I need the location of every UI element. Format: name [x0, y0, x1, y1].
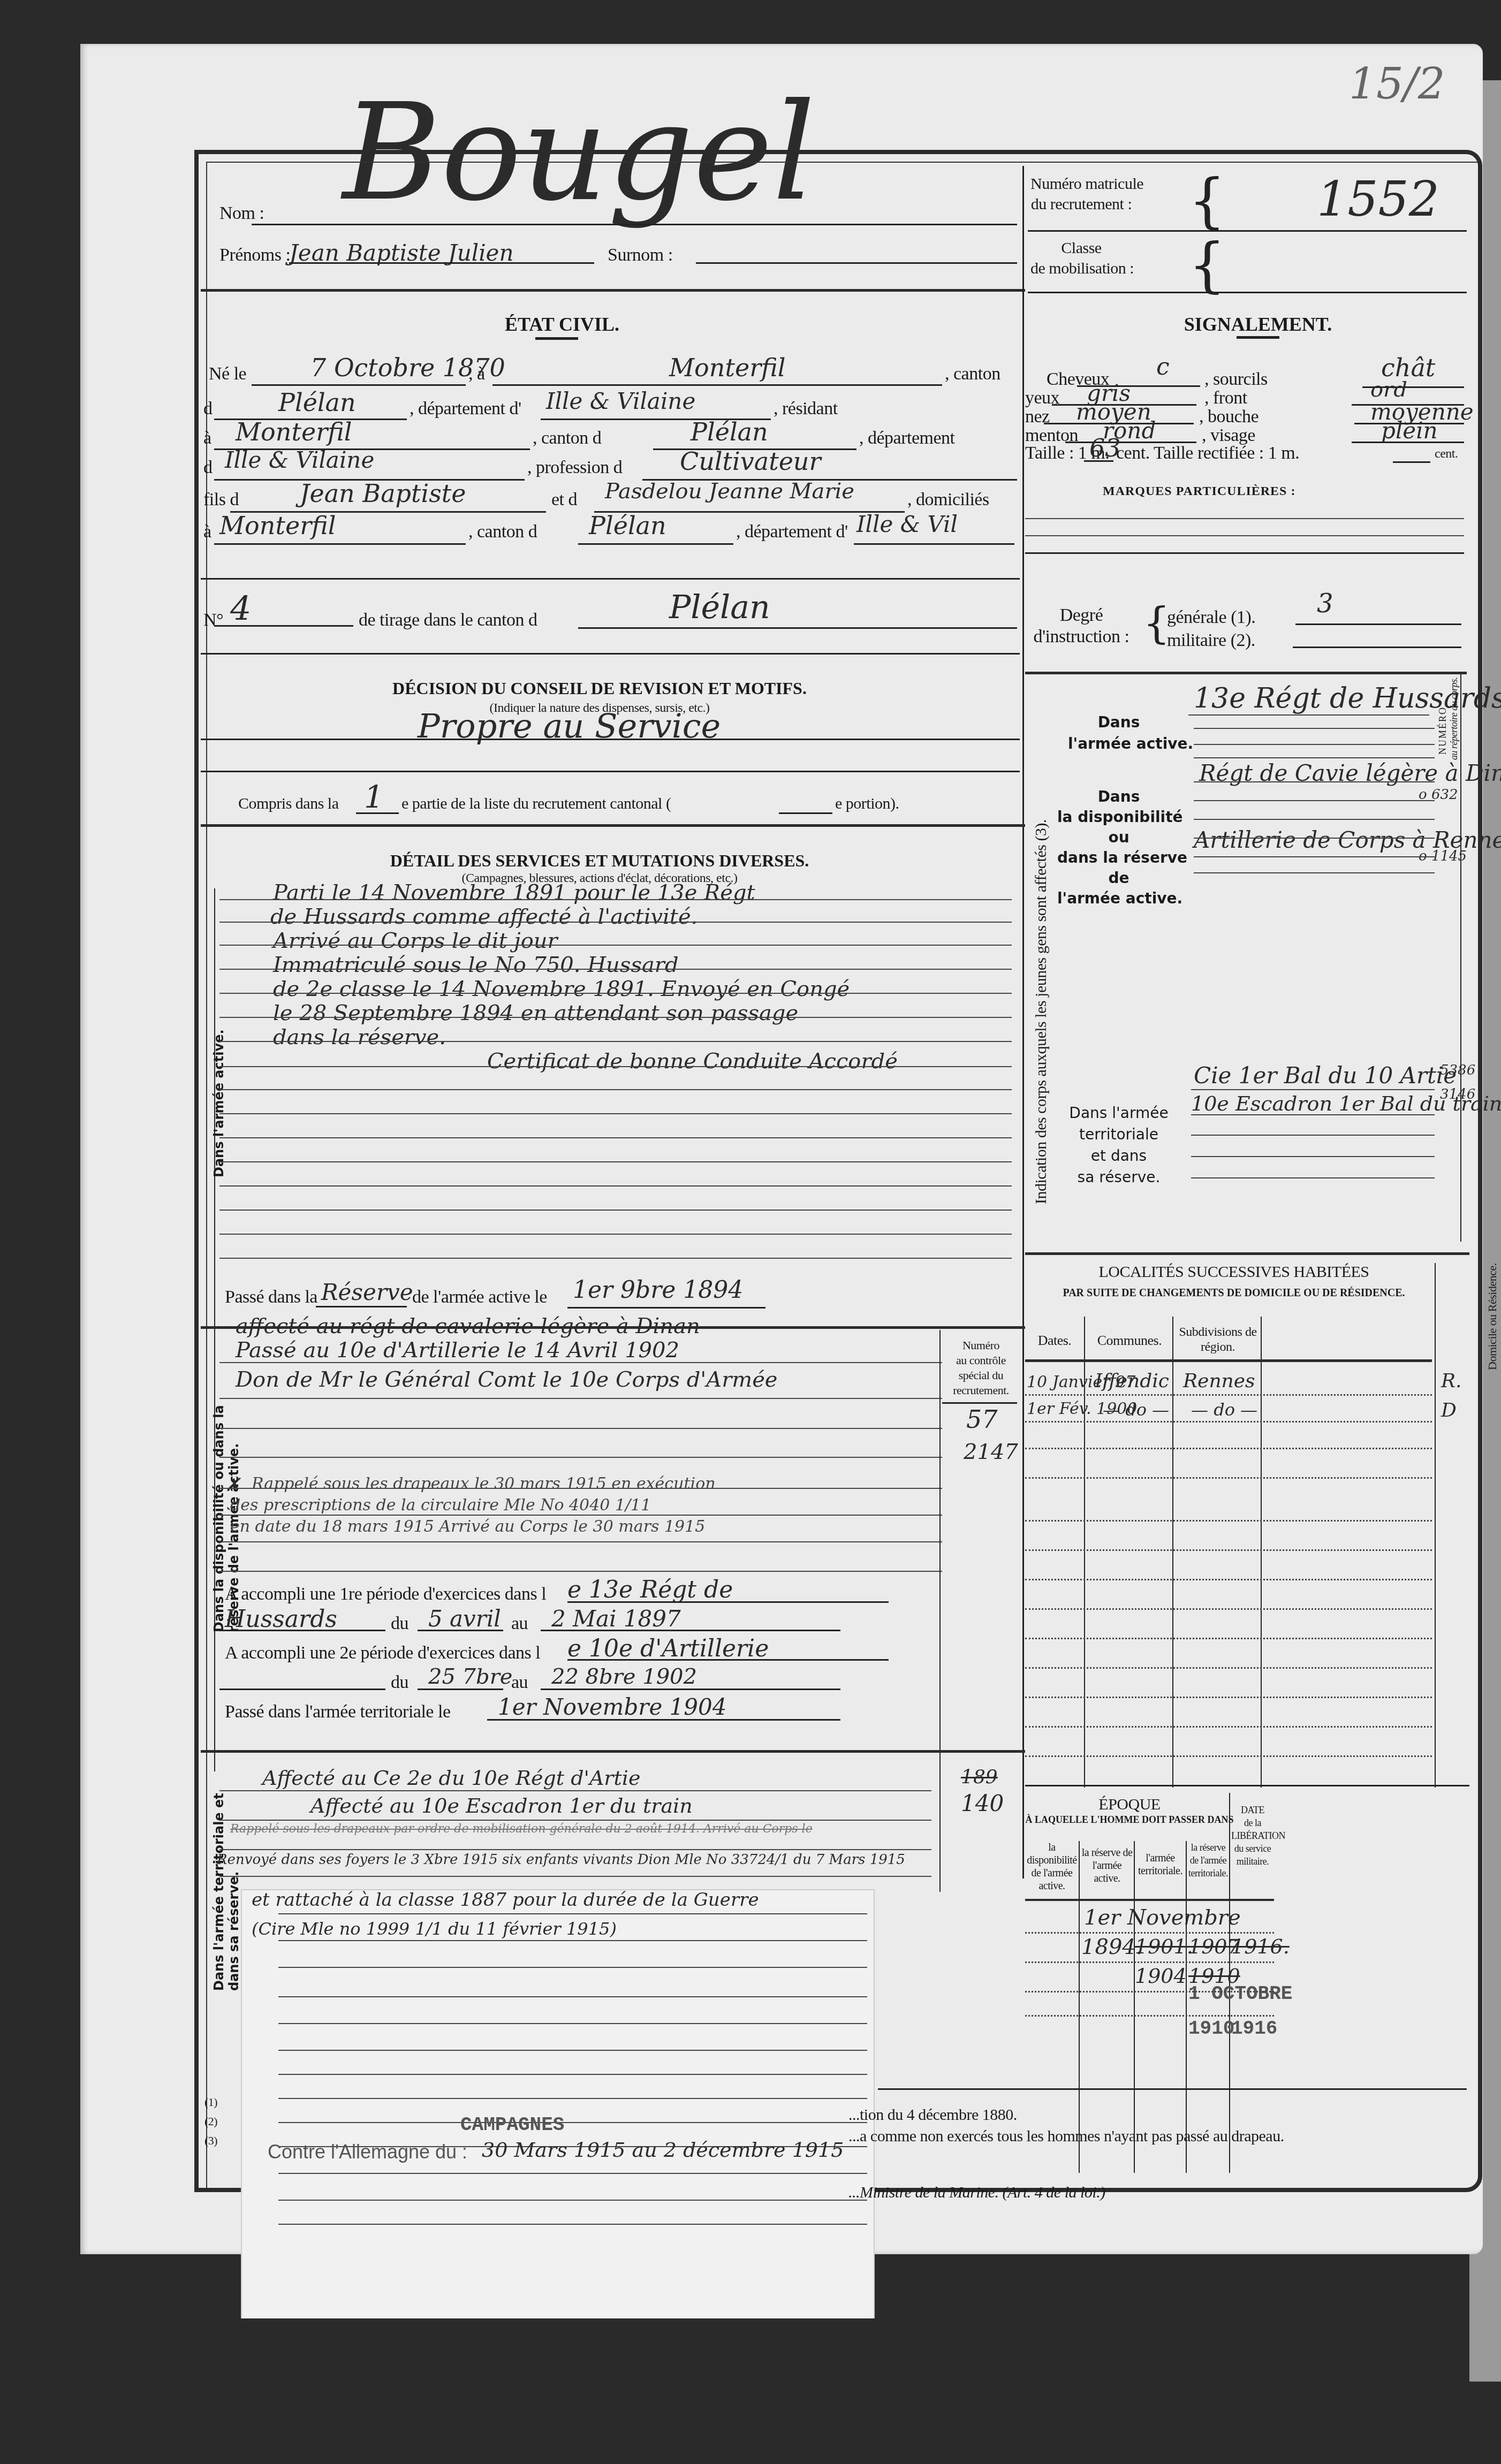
label-line: ou	[1057, 827, 1180, 848]
service-line: de 2e classe le 14 Novembre 1891. Envoyé…	[273, 977, 850, 1001]
field-line	[1194, 838, 1435, 839]
divider	[201, 578, 1020, 580]
corps-active-label: Dans l'armée active.	[1068, 712, 1170, 755]
tirage-canton: Plélan	[669, 589, 770, 626]
ruled-line	[219, 993, 1012, 994]
au-label: au	[511, 1672, 528, 1693]
header-rule	[1025, 1359, 1432, 1362]
ruled-line	[219, 1457, 942, 1458]
ruled-line	[219, 969, 1012, 970]
service-line: Certificat de bonne Conduite Accordé	[487, 1049, 898, 1074]
cent-label: cent.	[1435, 447, 1458, 461]
fils-label: fils d	[203, 490, 239, 510]
service-line: le 28 Septembre 1894 en attendant son pa…	[273, 1001, 798, 1025]
field-line	[541, 1630, 840, 1631]
corps-territoriale-number: 5386	[1440, 1062, 1475, 1078]
column-header-dates: Dates.	[1025, 1333, 1084, 1349]
field-line	[487, 1719, 840, 1721]
epoque-col-reserve-active: la réserve de l'armée active.	[1080, 1846, 1134, 1885]
et-label: et d	[551, 490, 577, 510]
ruled-line	[219, 1362, 942, 1363]
column-divider	[1172, 1317, 1173, 1788]
localite-subdivision: Rennes	[1183, 1370, 1255, 1392]
slip-line: (Cire Mle no 1999 1/1 du 11 février 1915…	[252, 1919, 617, 1939]
footnote-line: ...tion du 4 décembre 1880.	[848, 2106, 1017, 2124]
periode1-corps2: Hussards	[225, 1606, 337, 1633]
passe-reserve-label: Passé dans la	[225, 1287, 317, 1307]
periode2-au: 22 8bre 1902	[551, 1664, 697, 1689]
prenoms-label: Prénoms :	[219, 245, 290, 265]
field-line	[219, 1630, 385, 1631]
field-line	[578, 543, 733, 545]
services-territoriale-vertical-label: Dans l'armée territoriale et dans sa rés…	[211, 1766, 241, 1991]
epoque-col-reserve-territoriale: la réserve de l'armée territoriale.	[1187, 1841, 1229, 1880]
localites-subtitle: PAR SUITE DE CHANGEMENTS DE DOMICILE OU …	[1025, 1287, 1443, 1299]
label-line: l'armée active.	[1068, 733, 1170, 755]
date-stamp: 1910	[1188, 2018, 1234, 2040]
ruled-line	[278, 1996, 867, 1997]
localite-commune: Iffendic	[1095, 1370, 1169, 1392]
ruled-line	[278, 2074, 867, 2075]
taille-rectifiee-label: cent. Taille rectifiée : 1 m.	[1116, 443, 1299, 463]
row-line	[1025, 1961, 1274, 1963]
territoriale-number-struck: 189	[961, 1766, 998, 1788]
numero-controle-label: Numéro au contrôle spécial du recrutemen…	[942, 1338, 1020, 1398]
ruled-line	[219, 1428, 942, 1429]
column-divider	[1022, 166, 1024, 1879]
ruled-line	[219, 1820, 931, 1821]
services-title: DÉTAIL DES SERVICES ET MUTATIONS DIVERSE…	[252, 851, 947, 871]
row-line	[1025, 1448, 1432, 1449]
corps-dispo-label: Dans la disponibilité ou dans la réserve…	[1057, 787, 1180, 909]
footnote-marker: (2)	[204, 2112, 217, 2131]
decision-title: DÉCISION DU CONSEIL DE REVISION ET MOTIF…	[252, 679, 947, 698]
territoriale-line: Affecté au Ce 2e du 10e Régt d'Artie	[262, 1766, 640, 1790]
field-line	[567, 1307, 765, 1309]
bouche-label: , bouche	[1199, 407, 1259, 427]
label-line: du service	[1231, 1842, 1274, 1855]
field-line	[1191, 1156, 1435, 1157]
label-line: de	[1057, 868, 1180, 888]
footnote-marker: (3)	[204, 2131, 217, 2150]
departement-label: , département d'	[736, 522, 848, 542]
field-line	[1191, 1135, 1435, 1136]
row-line	[1025, 1421, 1432, 1423]
parents-canton: Plélan	[589, 511, 666, 540]
rappel-line: des prescriptions de la circulaire Mle N…	[230, 1496, 651, 1515]
campagnes-stamp: CAMPAGNES	[460, 2114, 564, 2136]
title-rule	[1237, 336, 1279, 339]
birth-departement: Ille & Vilaine	[546, 388, 695, 414]
numero-repertoire-label: NUMÉRO	[1437, 706, 1449, 755]
ne-le-label: Né le	[209, 364, 246, 384]
field-line	[219, 1689, 385, 1690]
ruled-line	[219, 1041, 1012, 1042]
label-line: LIBÉRATION	[1231, 1829, 1274, 1842]
periode1-au: 2 Mai 1897	[551, 1606, 681, 1632]
date-stamp: 1916	[1231, 2018, 1277, 2040]
signalement-title: SIGNALEMENT.	[1151, 313, 1365, 336]
profession-value: Cultivateur	[680, 447, 821, 476]
column-divider	[1261, 1317, 1262, 1788]
field-line	[578, 627, 1017, 629]
row-line	[1025, 1726, 1432, 1728]
divider	[1028, 292, 1467, 293]
matricule-number: 1552	[1317, 171, 1439, 227]
profession-label: , profession d	[527, 458, 622, 478]
matricule-label: Numéro matricule du recrutement :	[1030, 174, 1132, 215]
ruled-line	[219, 945, 1012, 946]
field-line	[1194, 744, 1435, 745]
label-line: sa réserve.	[1057, 1167, 1180, 1188]
row-line	[1025, 1667, 1432, 1669]
label-line: recrutement.	[942, 1383, 1020, 1398]
tirage-number: 4	[230, 589, 251, 628]
classe-label-line2: de mobilisation :	[1030, 258, 1132, 279]
title-rule	[535, 337, 578, 340]
label-line: au contrôle	[942, 1353, 1020, 1368]
rappel-line: en date du 18 mars 1915 Arrivé au Corps …	[230, 1517, 705, 1536]
label-line: Dans	[1057, 787, 1180, 807]
ruled-line	[278, 2173, 867, 2174]
instruction-label-line2: d'instruction :	[1028, 626, 1135, 648]
column-divider	[1079, 1841, 1080, 2173]
localite-commune: — do —	[1103, 1400, 1169, 1420]
classe-label: Classe de mobilisation :	[1030, 238, 1132, 279]
label-line: DATE	[1231, 1804, 1274, 1816]
canton-label: , canton d	[468, 522, 537, 542]
footnote-marker: (1)	[204, 2093, 217, 2112]
periode2-du: 25 7bre	[428, 1664, 512, 1689]
periode1-du: 5 avril	[428, 1606, 501, 1632]
territoriale-line: Affecté au 10e Escadron 1er du train	[310, 1794, 693, 1817]
ruled-line	[219, 1488, 942, 1489]
epoque-territoriale-struck: 1901.	[1135, 1935, 1193, 1958]
slip-line: et rattaché à la classe 1887 pour la dur…	[252, 1889, 759, 1911]
column-divider	[1186, 1841, 1187, 2173]
ruled-line	[219, 1790, 931, 1791]
prenoms-line	[289, 262, 594, 264]
d-label: d	[203, 399, 213, 419]
service-line: de Hussards comme affecté à l'activité.	[270, 904, 698, 929]
territoriale-line: Renvoyé dans ses foyers le 3 Xbre 1915 s…	[217, 1852, 905, 1868]
label-line: Domicile ou	[1485, 1314, 1499, 1370]
row-line	[1025, 1394, 1432, 1396]
brace: {	[1188, 235, 1226, 294]
passe-reserve-value: Réserve	[321, 1279, 413, 1305]
domicile-side-label: Domicile ou Résidence.	[1485, 1263, 1499, 1370]
row-line	[1025, 1608, 1432, 1610]
departement-label: , département	[859, 428, 955, 448]
father-name: Jean Baptiste	[300, 479, 466, 508]
ruled-line	[219, 1161, 1012, 1162]
domicilies-label: , domiciliés	[907, 490, 989, 510]
ruled-line	[219, 1185, 1012, 1187]
visage-value: plein	[1381, 417, 1438, 444]
epoque-subtitle: À LAQUELLE L'HOMME DOIT PASSER DANS	[1025, 1814, 1234, 1826]
label-line: territoriale	[1057, 1124, 1180, 1145]
field-line	[1194, 819, 1435, 820]
ruled-line	[278, 1967, 867, 1968]
residant-label: , résidant	[774, 399, 838, 419]
instruction-generale-label: générale (1).	[1167, 607, 1255, 628]
localites-title: LOCALITÉS SUCCESSIVES HABITÉES	[1025, 1263, 1443, 1281]
territoriale-date: 1er Novembre 1904	[498, 1694, 727, 1720]
field-line	[214, 625, 353, 627]
periode1-label: A accompli une 1re période d'exercices d…	[225, 1584, 546, 1604]
header-rule	[1025, 1899, 1274, 1901]
label-line: la disponibilité	[1057, 807, 1180, 827]
field-line	[1188, 714, 1429, 716]
surnom-line	[696, 262, 1017, 264]
field-line	[1194, 757, 1435, 758]
canton-label: , canton d	[533, 428, 601, 448]
field-line	[541, 1689, 840, 1690]
corner-page-annotation: 15/2	[1349, 59, 1445, 109]
portion-label: e portion).	[835, 795, 899, 813]
tirage-label: de tirage dans le canton d	[359, 610, 537, 630]
column-header-subdivisions: Subdivisions de région.	[1175, 1325, 1261, 1355]
field-line	[1025, 535, 1464, 536]
localite-subdivision: — do —	[1191, 1400, 1257, 1420]
label-line: Résidence.	[1485, 1263, 1499, 1312]
compris-label: Compris dans la	[238, 795, 339, 813]
field-line	[316, 1306, 407, 1307]
ruled-line	[278, 2122, 867, 2123]
au-label: au	[511, 1614, 528, 1634]
row-line	[1025, 1520, 1432, 1522]
epoque-col-territoriale: l'armée territoriale.	[1135, 1852, 1186, 1877]
field-line	[1191, 1177, 1435, 1178]
periode2-corps: e 10e d'Artillerie	[567, 1635, 769, 1662]
row-line	[1025, 1579, 1432, 1580]
label-line: de la	[1231, 1816, 1274, 1829]
matricule-label-line1: Numéro matricule	[1030, 174, 1132, 194]
field-line	[1194, 781, 1435, 782]
nom-line	[252, 224, 1017, 225]
localite-type: R.	[1441, 1370, 1462, 1392]
campagnes-value: 30 Mars 1915 au 2 décembre 1915	[482, 2138, 844, 2162]
numero-controle-value: 2147	[964, 1440, 1018, 1464]
numero-repertoire-label: au répertoire du corps.	[1449, 677, 1460, 760]
compris-partie: 1	[364, 779, 384, 815]
ruled-line	[278, 1913, 867, 1914]
divider	[201, 653, 1020, 655]
footnote-line: ...a comme non exercés tous les hommes n…	[848, 2127, 1284, 2146]
territoriale-number: 140	[961, 1790, 1004, 1816]
ruled-line	[278, 2200, 867, 2201]
ruled-line	[219, 1089, 1012, 1090]
corps-vertical-label: Indication des corps auxquels les jeunes…	[1032, 819, 1050, 1204]
instruction-militaire-label: militaire (2).	[1167, 630, 1255, 651]
divider	[201, 289, 1025, 292]
epoque-month: 1er Novembre	[1084, 1905, 1241, 1930]
epoque-title: ÉPOQUE	[1025, 1796, 1234, 1814]
divider	[1025, 672, 1467, 674]
ruled-line	[219, 1137, 1012, 1138]
service-line: Parti le 14 Novembre 1891 pour le 13e Ré…	[273, 880, 755, 905]
tirage-no-label: N°	[203, 610, 223, 630]
ruled-line	[278, 2023, 867, 2024]
row-line	[1025, 1697, 1432, 1698]
label-line: spécial du	[942, 1368, 1020, 1383]
field-line	[252, 384, 466, 386]
epoque-reserve-active: 1894.	[1081, 1935, 1143, 1959]
column-divider	[939, 1330, 941, 1758]
field-line	[1194, 872, 1435, 873]
ruled-line	[219, 922, 1012, 923]
divider	[201, 771, 1020, 772]
numero-column-divider	[1460, 674, 1461, 1242]
epoque-territoriale: 1904	[1135, 1964, 1187, 1988]
label-line: Numéro	[942, 1338, 1020, 1353]
field-line	[418, 1630, 503, 1631]
residence-place: Monterfil	[236, 417, 352, 446]
field-line	[356, 812, 399, 814]
service-line: Passé au 10e d'Artillerie le 14 Avril 19…	[236, 1338, 679, 1363]
epoque-col-disponibilite: la disponibilité de l'armée active.	[1025, 1841, 1079, 1892]
column-divider	[1134, 1841, 1135, 2173]
ruled-line	[219, 1210, 1012, 1211]
field-line	[1084, 460, 1113, 462]
field-line	[1295, 623, 1461, 625]
divider	[201, 824, 1025, 827]
du-label: du	[391, 1672, 408, 1693]
service-line: Don de Mr le Général Comt le 10e Corps d…	[236, 1367, 778, 1392]
field-line	[1194, 856, 1435, 857]
departement-label: , département d'	[410, 399, 521, 419]
pasted-slip	[241, 1889, 875, 2318]
divider	[1025, 552, 1464, 554]
birth-place: Monterfil	[669, 353, 786, 382]
divider	[201, 1750, 1025, 1753]
field-line	[1025, 518, 1464, 519]
column-header-communes: Communes.	[1087, 1333, 1172, 1349]
divider	[878, 2088, 1467, 2090]
territoriale-label: Passé dans l'armée territoriale le	[225, 1702, 451, 1722]
ruled-line	[219, 1113, 1012, 1114]
a-label: à	[203, 522, 211, 542]
ruled-line	[219, 1234, 1012, 1235]
cheveux-value: c	[1156, 353, 1170, 381]
label-line: militaire.	[1231, 1855, 1274, 1868]
localite-type: D	[1441, 1400, 1457, 1421]
rappel-line: Rappelé sous les drapeaux le 30 mars 191…	[252, 1474, 716, 1493]
ruled-line	[219, 1515, 942, 1516]
field-line	[418, 1689, 503, 1690]
parents-departement: Ille & Vil	[856, 511, 958, 537]
brace: {	[1143, 602, 1170, 645]
field-line	[492, 384, 942, 386]
ruled-line	[219, 1066, 1012, 1067]
birth-canton: Plélan	[278, 388, 356, 417]
field-line	[854, 543, 1014, 545]
passe-reserve-mid: de l'armée active le	[412, 1287, 547, 1307]
territoriale-line-struck: Rappelé sous les drapeaux par ordre de m…	[230, 1822, 813, 1836]
row-line	[1025, 1477, 1432, 1479]
corps-territoriale-number: 3146	[1440, 1086, 1475, 1102]
row-line	[1025, 1549, 1432, 1551]
a-label: , à	[468, 364, 485, 384]
ruled-line	[219, 1849, 931, 1850]
label-line: et dans	[1057, 1145, 1180, 1167]
row-line	[1025, 1932, 1274, 1934]
corps-territoriale-label: Dans l'armée territoriale et dans sa rés…	[1057, 1102, 1180, 1188]
nom-label: Nom :	[219, 203, 264, 224]
label-line: Dans	[1068, 712, 1170, 733]
field-line	[1293, 647, 1461, 648]
ruled-line	[219, 1258, 1012, 1259]
a-label: à	[203, 428, 211, 448]
ruled-line	[219, 1398, 942, 1399]
compris-suffix: e partie de la liste du recrutement cant…	[401, 795, 671, 813]
label-line: l'armée active.	[1057, 888, 1180, 909]
residence-departement: Ille & Vilaine	[225, 447, 374, 473]
row-line	[1025, 1991, 1274, 1993]
field-line	[214, 543, 466, 545]
periode2-label: A accompli une 2e période d'exercices da…	[225, 1643, 540, 1663]
ruled-line	[278, 2098, 867, 2099]
periode1-corps: e 13e Régt de	[567, 1576, 733, 1603]
etat-civil-title: ÉTAT CIVIL.	[375, 313, 749, 336]
column-divider	[1435, 1263, 1436, 1788]
footnote-markers: (1) (2) (3)	[204, 2093, 217, 2150]
instruction-generale-value: 3	[1317, 589, 1333, 619]
classe-label-line1: Classe	[1030, 238, 1132, 258]
ruled-line	[219, 899, 1012, 900]
ruled-line	[278, 2224, 867, 2225]
field-line	[1194, 728, 1435, 729]
mother-name: Pasdelou Jeanne Marie	[605, 479, 854, 504]
ruled-line	[278, 2050, 867, 2051]
field-line	[1194, 800, 1435, 801]
corps-territoriale-value: Cie 1er Bal du 10 Artie	[1194, 1062, 1457, 1089]
campagnes-prefix: Contre l'Allemagne du :	[268, 2141, 467, 2163]
divider	[1025, 1785, 1469, 1786]
brace: {	[1188, 171, 1226, 230]
du-label: du	[391, 1614, 408, 1634]
surnom-label: Surnom :	[608, 245, 673, 265]
front-label: , front	[1204, 388, 1247, 408]
row-line	[1025, 2015, 1274, 2017]
date-stamp: 1 OCTOBRE	[1188, 1983, 1292, 2005]
label-line: dans la réserve	[1057, 848, 1180, 868]
label-line: Dans l'armée	[1057, 1102, 1180, 1124]
field-line	[1393, 461, 1430, 463]
services-left-rule	[214, 888, 215, 1771]
ruled-line	[278, 1940, 867, 1941]
epoque-liberation-struck: 1916.	[1231, 1935, 1290, 1958]
field-line	[1191, 1114, 1435, 1115]
service-line: Arrivé au Corps le dit jour	[273, 929, 558, 953]
ruled-line	[219, 1876, 931, 1877]
field-line	[567, 1659, 889, 1661]
cross-mark: ✗	[225, 1474, 240, 1496]
d-label: d	[203, 458, 213, 478]
field-line	[942, 1402, 1017, 1404]
ruled-line	[219, 1017, 1012, 1018]
numero-controle-value: 57	[966, 1405, 998, 1434]
residence-canton: Plélan	[691, 417, 768, 446]
row-line	[1025, 1638, 1432, 1639]
marques-title: MARQUES PARTICULIÈRES :	[1103, 484, 1295, 499]
instruction-label-line1: Degré	[1028, 605, 1135, 626]
service-line: Immatriculé sous le No 750. Hussard	[273, 953, 678, 977]
matricule-label-line2: du recrutement :	[1030, 194, 1132, 215]
sourcils-label: , sourcils	[1204, 369, 1268, 390]
portion-line	[779, 812, 832, 814]
field-line	[1191, 1089, 1435, 1090]
